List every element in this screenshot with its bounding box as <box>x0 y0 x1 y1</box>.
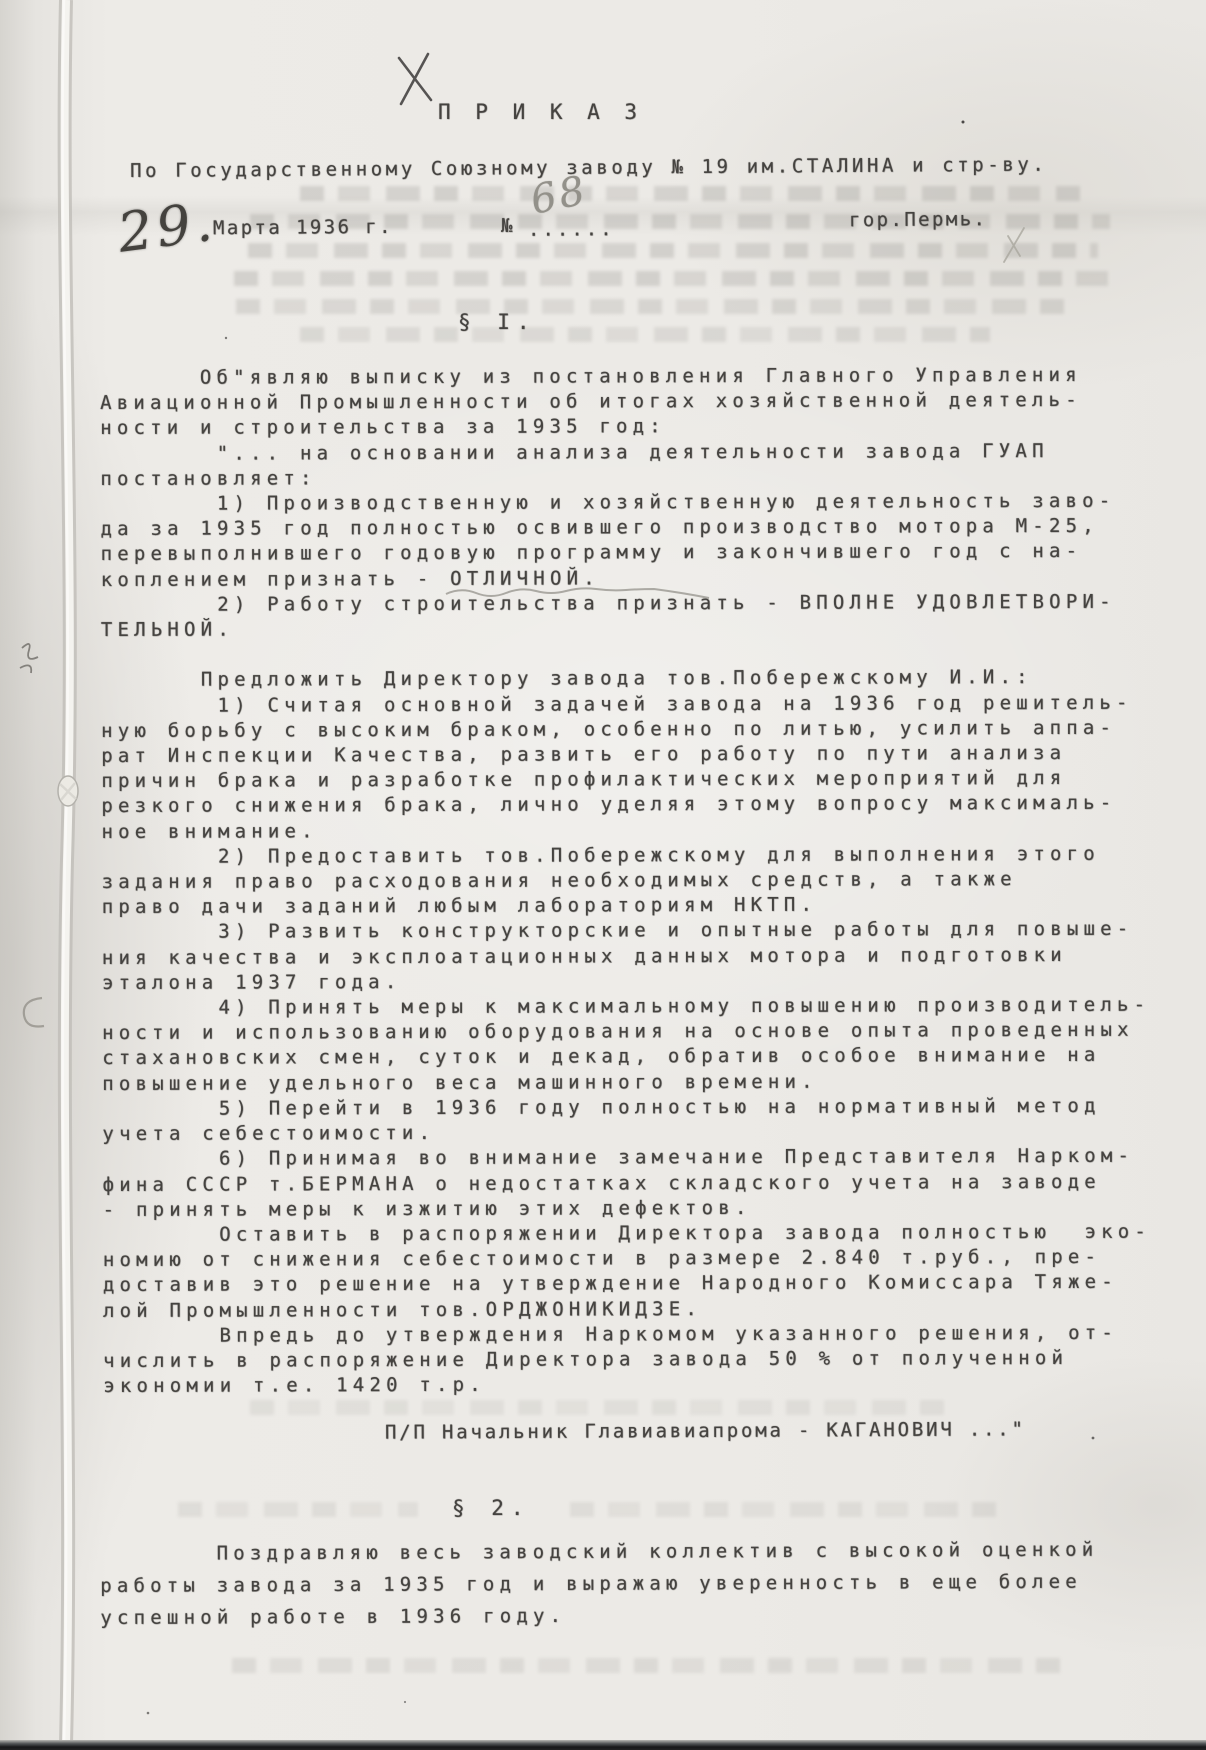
bleed-through-line <box>232 1658 1072 1673</box>
text-line: 1) Производственную и хозяйственную деят… <box>100 489 1148 517</box>
text-line: ности и строительства за 1935 год: <box>100 413 1148 441</box>
bleed-through-line <box>300 327 990 342</box>
text-line: постановляет: <box>100 464 1148 492</box>
text-line: рат Инспекции Качества, развить его рабо… <box>101 741 1149 769</box>
bleed-through-line <box>250 1400 950 1415</box>
text-line: резкого снижения брака, лично уделяя это… <box>101 791 1149 819</box>
text-line: причин брака и разработке профилактическ… <box>101 766 1149 794</box>
text-line: повышение удельного веса машинного време… <box>102 1068 1150 1096</box>
text-line: 6) Принимая во внимание замечание Предст… <box>102 1144 1150 1172</box>
bleed-through-line <box>178 1502 418 1517</box>
text-line: 5) Перейти в 1936 году полностью на норм… <box>102 1094 1150 1122</box>
text-line: ния качества и эксплоатационных данных м… <box>102 942 1150 970</box>
text-line: доставив это решение на утверждение Наро… <box>103 1270 1151 1298</box>
text-line: да за 1935 год полностью освившего произ… <box>100 514 1148 542</box>
text-line: фина СССР т.БЕРМАНА о недостатках складс… <box>103 1169 1151 1197</box>
text-line: ности и использованию оборудования на ос… <box>102 1018 1150 1046</box>
text-line: Предложить Директору завода тов.Побережс… <box>101 665 1149 693</box>
handwritten-order-number: 68 <box>527 167 592 223</box>
text-line: номию от снижения себестоимости в размер… <box>103 1245 1151 1273</box>
text-line: Поздравляю весь заводский коллектив с вы… <box>100 1534 1098 1570</box>
text-line: учета себестоимости. <box>102 1119 1150 1147</box>
section1-body: Об"являю выписку из постановления Главно… <box>100 363 1152 1400</box>
text-line: стахановских смен, суток и декад, обрати… <box>102 1043 1150 1071</box>
text-line: перевыполнившего годовую программу и зак… <box>101 539 1149 567</box>
text-line: - принять меры к изжитию этих дефектов. <box>103 1194 1151 1222</box>
text-line: лой Промышленности тов.ОРДЖОНИКИДЗЕ. <box>103 1295 1151 1323</box>
margin-scribble <box>20 644 38 673</box>
signature-line: П/П Начальник Главиавиапрома - КАГАНОВИЧ… <box>385 1418 1026 1443</box>
text-line: право дачи заданий любым лабораториям НК… <box>102 892 1150 920</box>
thread-knot <box>58 776 78 806</box>
text-line: ное внимание. <box>101 816 1149 844</box>
city-label: гор.Пермь. <box>849 208 988 231</box>
text-line: коплением признать - ОТЛИЧНОЙ. <box>101 564 1149 592</box>
text-line: 2) Работу строительства признать - ВПОЛН… <box>101 590 1149 618</box>
text-line: Авиационной Промышленности об итогах хоз… <box>100 388 1148 416</box>
scan-bottom-edge <box>0 1740 1206 1750</box>
text-line: "... на основании анализа деятельности з… <box>100 438 1148 466</box>
section1-heading: § I. <box>458 310 537 334</box>
text-line: Оставить в распоряжении Директора завода… <box>103 1220 1151 1248</box>
text-line: ную борьбу с высоким браком, особенно по… <box>101 716 1149 744</box>
document-page: П Р И К А З По Государственному Союзному… <box>0 0 1206 1750</box>
text-line: работы завода за 1935 год и выражаю увер… <box>100 1566 1098 1602</box>
text-line: ТЕЛЬНОЙ. <box>101 615 1149 643</box>
bleed-through-line <box>236 299 1066 314</box>
dateline: 29. Марта 1936 г. № ...... 68 гор.Пермь. <box>0 0 1206 301</box>
date-month-year: Марта 1936 г. <box>213 216 393 239</box>
text-line <box>101 640 1149 668</box>
text-line: 1) Считая основной задачей завода на 193… <box>101 690 1149 718</box>
section2-body: Поздравляю весь заводский коллектив с вы… <box>100 1534 1099 1634</box>
text-line: экономии т.е. 1420 т.р. <box>103 1371 1151 1399</box>
text-line: задания право расходования необходимых с… <box>102 867 1150 895</box>
text-line: Впредь до утверждения Наркомом указанног… <box>103 1320 1151 1348</box>
order-number-sign: № <box>501 215 513 237</box>
text-line: числить в распоряжение Директора завода … <box>103 1346 1151 1374</box>
text-line: эталона 1937 года. <box>102 968 1150 996</box>
handwritten-day: 29. <box>114 190 219 265</box>
text-line: 2) Предоставить тов.Побережскому для вып… <box>102 842 1150 870</box>
section2-heading: § 2. <box>452 1496 531 1520</box>
bleed-through-line <box>570 1502 1000 1517</box>
text-line: 3) Развить конструкторские и опытные раб… <box>102 917 1150 945</box>
text-line: Об"являю выписку из постановления Главно… <box>100 363 1148 391</box>
margin-scribble <box>24 998 44 1027</box>
text-line: 4) Принять меры к максимальному повышени… <box>102 993 1150 1021</box>
text-line: успешной работе в 1936 году. <box>100 1598 1098 1634</box>
